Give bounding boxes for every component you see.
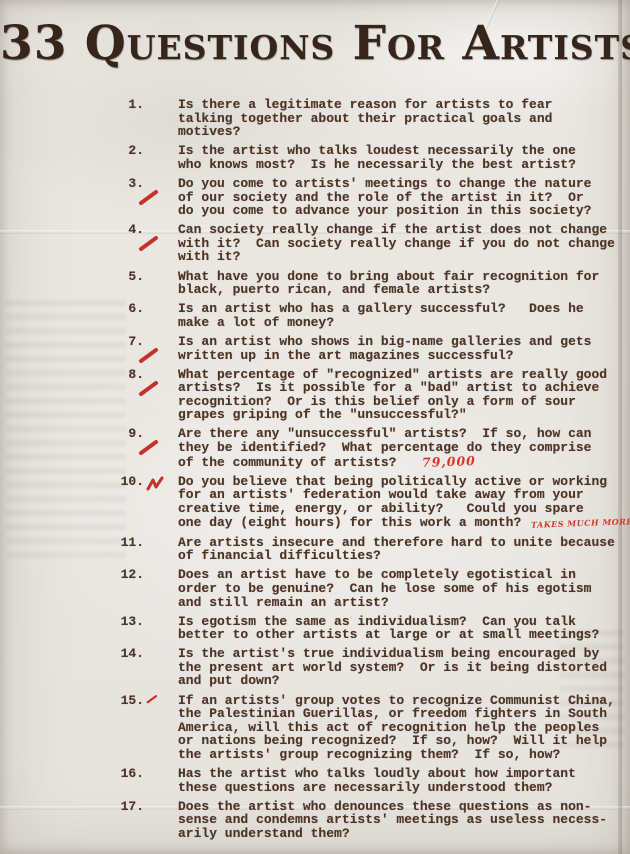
question-number-label: 5.	[128, 269, 144, 284]
question-number-label: 11.	[121, 535, 144, 550]
question-number-label: 10.	[121, 474, 144, 489]
question-item: 2. Is the artist who talks loudest neces…	[114, 144, 630, 171]
question-text: Is there a legitimate reason for artists…	[178, 98, 552, 139]
question-number: 11.	[114, 536, 144, 563]
question-number: 17.	[114, 800, 144, 841]
question-text: Do you come to artists' meetings to chan…	[178, 177, 591, 218]
question-text: Is egotism the same as individualism? Ca…	[178, 615, 599, 642]
red-check-mark-icon	[138, 346, 160, 364]
red-handwritten-annotation: TAKES MUCH MORE	[531, 515, 630, 532]
questions-list: 1. Is there a legitimate reason for arti…	[0, 98, 630, 841]
question-item: 17. Does the artist who denounces these …	[114, 800, 630, 841]
question-number-label: 12.	[121, 567, 144, 582]
question-number: 1.	[114, 98, 144, 139]
question-number-label: 17.	[121, 799, 144, 814]
question-item: 1. Is there a legitimate reason for arti…	[114, 98, 630, 139]
question-number: 10.	[114, 475, 144, 530]
question-number-label: 16.	[121, 766, 144, 781]
question-item: 10. Do you believe that being politicall…	[114, 475, 630, 530]
question-text: Does the artist who denounces these ques…	[178, 800, 607, 841]
question-item: 13. Is egotism the same as individualism…	[114, 615, 630, 642]
question-text: Are artists insecure and therefore hard …	[178, 536, 615, 563]
question-number-label: 13.	[121, 614, 144, 629]
question-number-label: 6.	[128, 301, 144, 316]
question-number: 8.	[114, 368, 144, 422]
question-item: 8. What percentage of "recognized" artis…	[114, 368, 630, 422]
question-number: 16.	[114, 767, 144, 794]
question-number: 3.	[114, 177, 144, 218]
question-number: 13.	[114, 615, 144, 642]
question-number: 9.	[114, 427, 144, 469]
red-check-mark-icon	[146, 694, 158, 704]
question-text: What have you done to bring about fair r…	[178, 270, 599, 297]
question-item: 9. Are there any "unsuccessful" artists?…	[114, 427, 630, 469]
red-check-mark-icon	[138, 438, 160, 456]
question-item: 5. What have you done to bring about fai…	[114, 270, 630, 297]
question-item: 14. Is the artist's true individualism b…	[114, 647, 630, 688]
question-text: Is the artist's true individualism being…	[178, 647, 607, 688]
question-item: 6. Is an artist who has a gallery succes…	[114, 302, 630, 329]
question-number: 12.	[114, 568, 144, 609]
red-check-mark-icon	[138, 234, 160, 252]
question-text: Has the artist who talks loudly about ho…	[178, 767, 576, 794]
question-item: 4. Can society really change if the arti…	[114, 223, 630, 264]
paper-sheet: 33 Questions For Artists 1. Is there a l…	[0, 0, 630, 854]
question-text: Are there any "unsuccessful" artists? If…	[178, 427, 591, 469]
red-check-mark-icon	[138, 188, 160, 206]
question-number-label: 14.	[121, 646, 144, 661]
red-check-mark-icon	[146, 475, 168, 493]
question-number: 7.	[114, 335, 144, 362]
question-text: If an artists' group votes to recognize …	[178, 694, 615, 762]
question-text: Does an artist have to be completely ego…	[178, 568, 591, 609]
question-text: Is an artist who shows in big-name galle…	[178, 335, 591, 362]
question-text: Do you believe that being politically ac…	[178, 475, 630, 530]
question-number-label: 15.	[121, 693, 144, 708]
question-number: 15.	[114, 694, 144, 762]
question-item: 11. Are artists insecure and therefore h…	[114, 536, 630, 563]
question-number: 4.	[114, 223, 144, 264]
question-item: 3. Do you come to artists' meetings to c…	[114, 177, 630, 218]
question-number: 2.	[114, 144, 144, 171]
question-text: Is an artist who has a gallery successfu…	[178, 302, 584, 329]
red-handwritten-annotation: 79,000	[422, 454, 476, 469]
question-number: 5.	[114, 270, 144, 297]
question-text: Is the artist who talks loudest necessar…	[178, 144, 576, 171]
question-item: 15. If an artists' group votes to recogn…	[114, 694, 630, 762]
question-number: 14.	[114, 647, 144, 688]
question-text: What percentage of "recognized" artists …	[178, 368, 607, 422]
question-number: 6.	[114, 302, 144, 329]
page-title: 33 Questions For Artists	[0, 0, 630, 71]
question-item: 7. Is an artist who shows in big-name ga…	[114, 335, 630, 362]
question-text: Can society really change if the artist …	[178, 223, 615, 264]
red-check-mark-icon	[138, 379, 160, 397]
question-item: 12. Does an artist have to be completely…	[114, 568, 630, 609]
question-number-label: 1.	[128, 97, 144, 112]
question-item: 16. Has the artist who talks loudly abou…	[114, 767, 630, 794]
question-number-label: 2.	[128, 143, 144, 158]
